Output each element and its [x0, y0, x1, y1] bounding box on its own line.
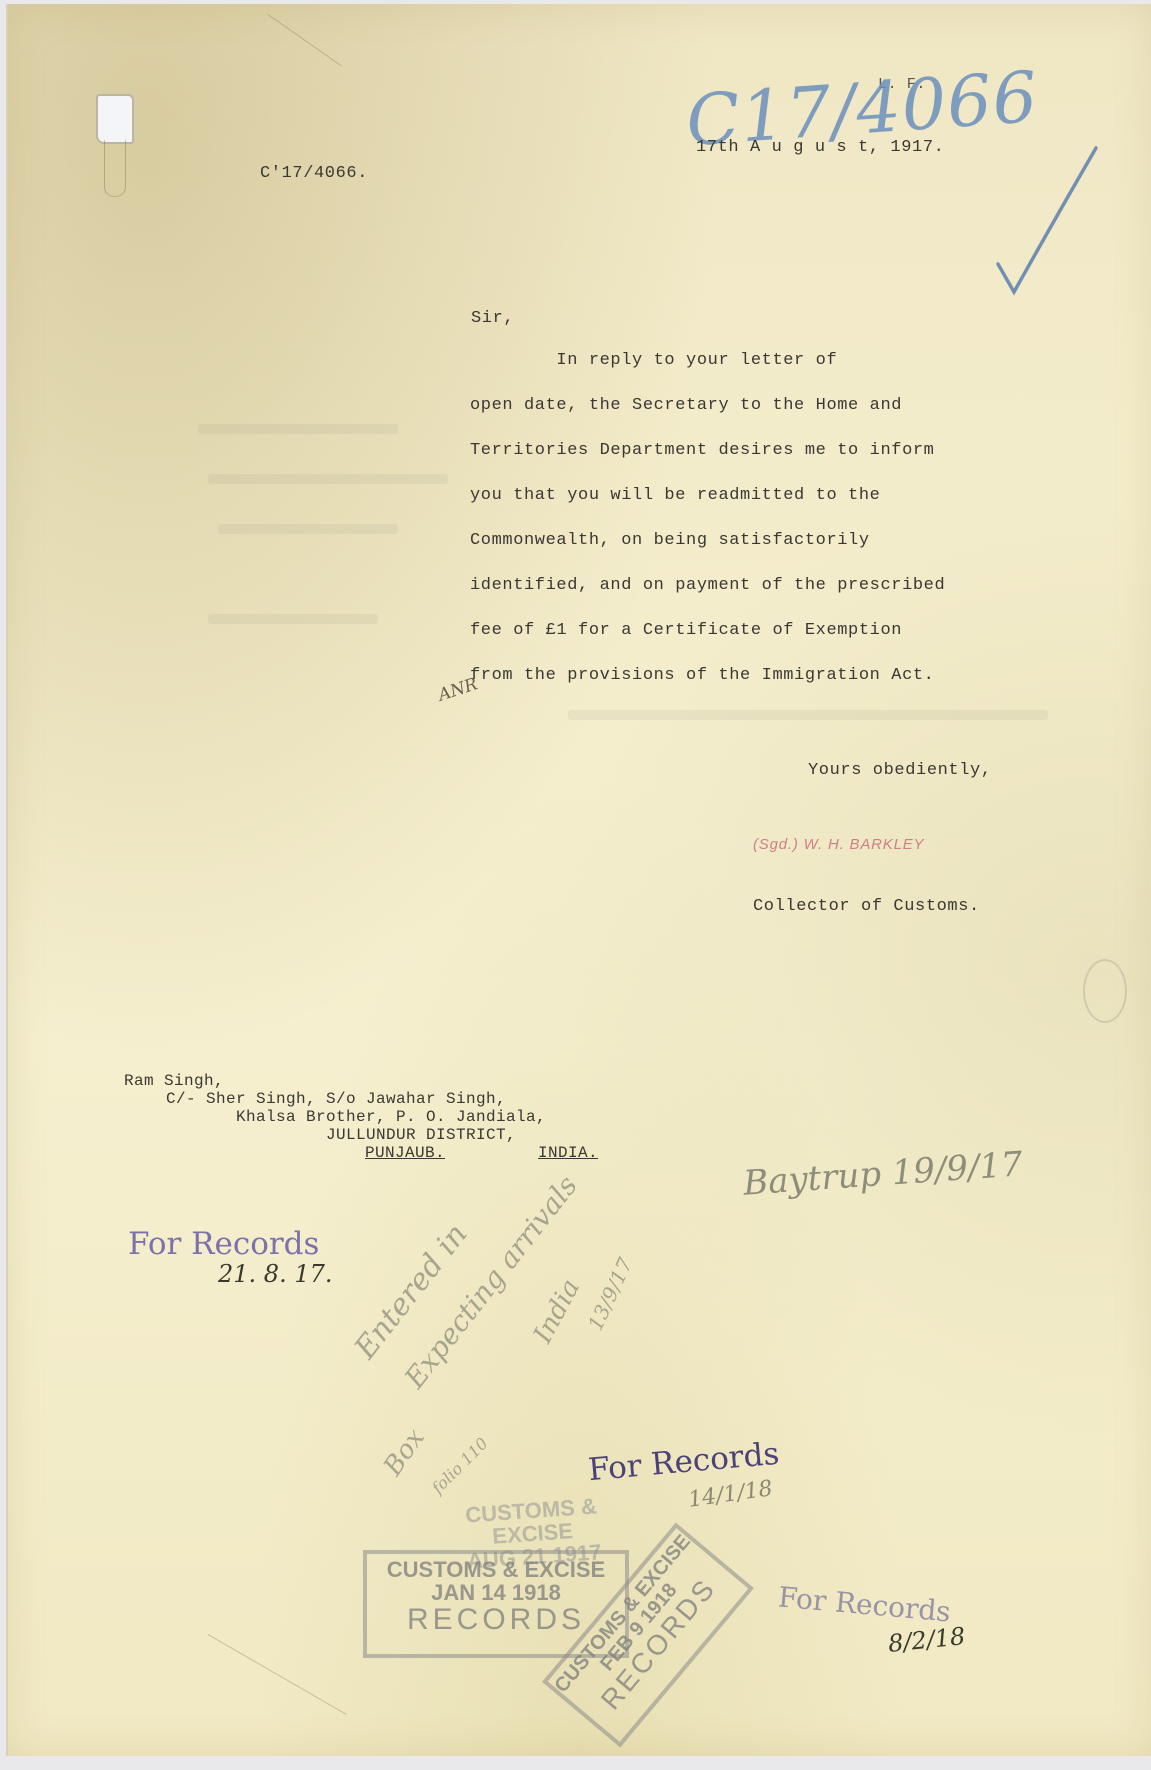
body-line: In reply to your letter of: [470, 351, 837, 370]
bleed-through-mark: [208, 614, 378, 624]
pencil-note-date: 13/9/17: [583, 1254, 637, 1334]
bleed-through-mark: [218, 524, 398, 534]
addressee-line: C/- Sher Singh, S/o Jawahar Singh,: [166, 1090, 506, 1108]
addressee-name: Ram Singh,: [124, 1072, 224, 1090]
signature-stamp: (Sgd.) W. H. BARKLEY: [753, 836, 924, 853]
addressee-country: INDIA.: [538, 1144, 598, 1162]
bleed-through-mark: [568, 710, 1048, 720]
addressee-line: Khalsa Brother, P. O. Jandiala,: [236, 1108, 546, 1126]
addressee-region: PUNJAUB.: [365, 1144, 445, 1162]
paper-crease: [268, 14, 342, 66]
addressee-line: JULLUNDUR DISTRICT,: [326, 1126, 516, 1144]
file-note: folio 110: [428, 1434, 492, 1498]
body-line: fee of £1 for a Certificate of Exemption: [470, 621, 902, 640]
punch-hole: [96, 94, 134, 144]
faint-ring-mark: [1083, 959, 1127, 1023]
stamp-line: CUSTOMS & EXCISE: [367, 1558, 625, 1581]
body-line: Commonwealth, on being satisfactorily: [470, 531, 870, 550]
bleed-through-mark: [198, 424, 398, 434]
file-note: Box: [378, 1424, 431, 1482]
bleed-through-mark: [208, 474, 448, 484]
closing: Yours obediently,: [808, 761, 992, 780]
pencil-note-line: India: [528, 1274, 586, 1348]
body-line: you that you will be readmitted to the: [470, 486, 880, 505]
for-records-stamp: For Records: [777, 1581, 952, 1629]
body-line: Territories Department desires me to inf…: [470, 441, 934, 460]
body-line: open date, the Secretary to the Home and: [470, 396, 902, 415]
initials-signature: Baytrup 19/9/17: [742, 1144, 1024, 1203]
check-mark-icon: [992, 144, 1102, 304]
letter-page: C'17/4066. L. F. C17/4066 17th A u g u s…: [6, 4, 1151, 1756]
punch-hole-tear: [104, 140, 126, 197]
letter-date: 17th A u g u s t, 1917.: [696, 138, 944, 157]
file-reference: C'17/4066.: [260, 164, 368, 183]
for-records-date: 14/1/18: [687, 1476, 774, 1513]
paper-crease: [208, 1634, 347, 1715]
body-line: from the provisions of the Immigration A…: [470, 666, 934, 685]
salutation: Sir,: [471, 309, 514, 328]
margin-initials: ANR: [436, 674, 480, 705]
customs-stamp: CUSTOMS & EXCISE AUG 21 1917: [430, 1492, 633, 1556]
for-records-date: 21. 8. 17.: [218, 1260, 333, 1288]
stamp-line: JAN 14 1918: [367, 1581, 625, 1604]
body-line: identified, and on payment of the prescr…: [470, 576, 945, 595]
for-records-date: 8/2/18: [887, 1622, 967, 1658]
signatory-title: Collector of Customs.: [753, 897, 980, 916]
for-records-stamp: For Records: [128, 1226, 319, 1262]
